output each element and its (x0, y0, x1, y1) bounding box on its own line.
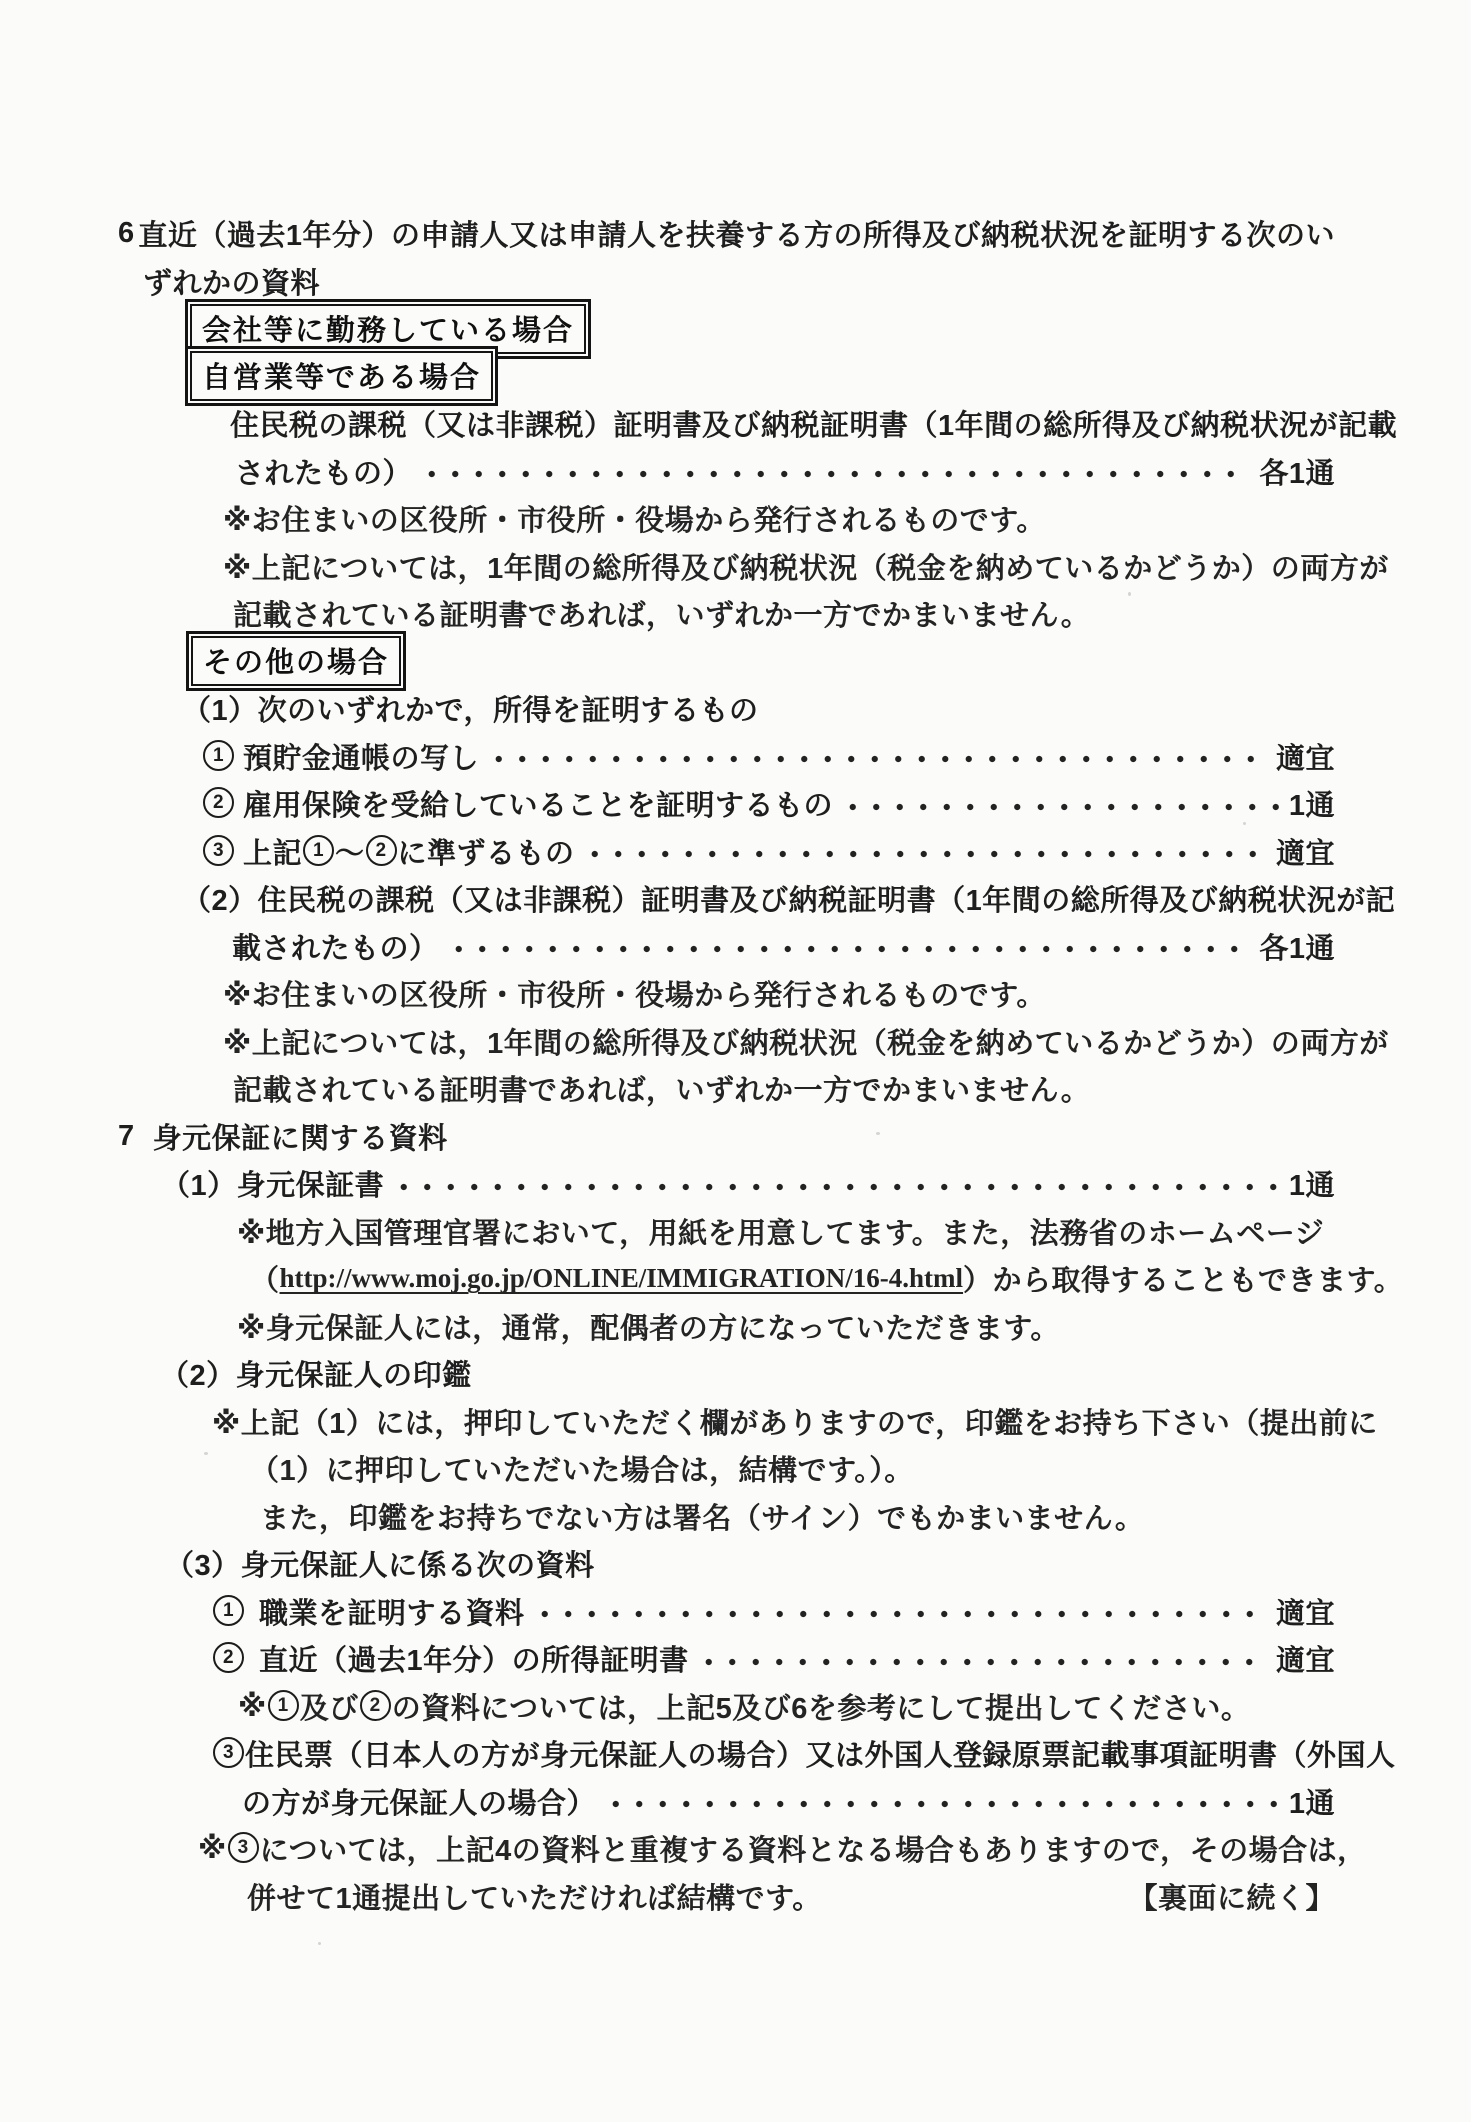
note-line: 記載されている証明書であれば，いずれか一方でかまいません。 (0, 1065, 1335, 1113)
case-box-other-frame: その他の場合 (186, 631, 406, 691)
text-run: 7 (118, 1120, 135, 1153)
circled-number: 2 (213, 1642, 244, 1673)
note-line-url: （http://www.moj.go.jp/ONLINE/IMMIGRATION… (0, 1255, 1335, 1303)
text-run: ～ (335, 831, 365, 872)
doc-line: （1）次のいずれかで，所得を証明するもの (0, 685, 1335, 733)
note-line: ※お住まいの区役所・市役所・役場から発行されるものです。 (0, 970, 1335, 1018)
copies-label: 1通 (1289, 783, 1335, 824)
text-run: 職業を証明する資料 (259, 1591, 525, 1632)
list-item: 2雇用保険を受給していることを証明するもの1通 (0, 780, 1335, 828)
list-item: 3上記1～2に準ずるもの適宜 (0, 828, 1335, 876)
list-item: 1職業を証明する資料適宜 (0, 1588, 1335, 1636)
continue-on-back-label: 【裏面に続く】 (1128, 1876, 1335, 1917)
case-box-self-employed-frame: 自営業等である場合 (185, 346, 498, 406)
dot-leader (533, 1608, 1268, 1620)
text-run: ※ (238, 1689, 267, 1724)
scan-speck (1243, 822, 1246, 825)
text-run: （2）住民税の課税（又は非課税）証明書及び納税証明書（1年間の総所得及び納税状況… (182, 878, 1395, 919)
section-6-heading: 6直近（過去1年分）の申請人又は申請人を扶養する方の所得及び納税状況を証明する次… (0, 210, 1335, 258)
text-run: の方が身元保証人の場合） (242, 1781, 596, 1822)
text-run: 載されたもの） (232, 926, 439, 967)
fixed-gap (235, 851, 243, 852)
dot-leader (841, 801, 1281, 813)
note-line: （1）に押印していただいた場合は，結構です。）。 (0, 1445, 1335, 1493)
text-run: 及び (300, 1686, 359, 1727)
text-run: の資料については，上記5及び6を参考にして提出してください。 (392, 1686, 1251, 1727)
doc-line: （2）身元保証人の印鑑 (0, 1350, 1335, 1398)
text-run: ※お住まいの区役所・市役所・役場から発行されるものです。 (223, 498, 1046, 539)
circled-number: 2 (360, 1690, 391, 1721)
copies-label: 1通 (1289, 1781, 1335, 1822)
text-run: 住民税の課税（又は非課税）証明書及び納税証明書（1年間の総所得及び納税状況が記載 (230, 403, 1397, 444)
text-run: ※お住まいの区役所・市役所・役場から発行されるものです。 (223, 973, 1046, 1014)
scan-speck (1128, 592, 1131, 596)
text-run: また，印鑑をお持ちでない方は署名（サイン）でもかまいません。 (260, 1496, 1144, 1537)
list-item: 3住民票（日本人の方が身元保証人の場合）又は外国人登録原票記載事項証明書（外国人 (0, 1730, 1335, 1778)
case-box-self-employed-label: 自営業等である場合 (190, 351, 493, 401)
text-run: に準ずるもの (398, 831, 575, 872)
doc-line: （2）住民税の課税（又は非課税）証明書及び納税証明書（1年間の総所得及び納税状況… (0, 875, 1335, 923)
document-page: 6直近（過去1年分）の申請人又は申請人を扶養する方の所得及び納税状況を証明する次… (0, 0, 1471, 2122)
circled-number: 1 (268, 1690, 299, 1721)
copies-label: 各1通 (1259, 451, 1335, 492)
scan-speck (318, 1942, 321, 1945)
dot-leader (420, 468, 1251, 480)
text-run: 預貯金通帳の写し (243, 736, 479, 777)
text-run: されたもの） (235, 451, 412, 492)
document-content: 6直近（過去1年分）の申請人又は申請人を扶養する方の所得及び納税状況を証明する次… (0, 210, 1335, 1920)
text-run: 上記 (243, 831, 302, 872)
circled-number: 2 (366, 835, 397, 866)
note-line: ※上記（1）には，押印していただく欄がありますので，印鑑をお持ち下さい（提出前に (0, 1398, 1335, 1446)
circled-number: 3 (228, 1832, 259, 1863)
text-run: ※地方入国管理官署において，用紙を用意してます。また，法務省のホームページ (237, 1211, 1324, 1252)
text-run: （2）身元保証人の印鑑 (160, 1353, 472, 1394)
list-item: 2直近（過去1年分）の所得証明書適宜 (0, 1635, 1335, 1683)
circled-number: 1 (303, 835, 334, 866)
circled-number: 1 (203, 740, 234, 771)
text-run: 記載されている証明書であれば，いずれか一方でかまいません。 (233, 1068, 1090, 1109)
text-run: については，上記4の資料と重複する資料となる場合もありますので，その場合は， (260, 1828, 1367, 1869)
text-run: ※上記については，1年間の総所得及び納税状況（税金を納めているかどうか）の両方が (223, 546, 1389, 587)
doc-line: （1）身元保証書1通 (0, 1160, 1335, 1208)
note-line: ※上記については，1年間の総所得及び納税状況（税金を納めているかどうか）の両方が (0, 543, 1335, 591)
note-line: ※1及び2の資料については，上記5及び6を参考にして提出してください。 (0, 1683, 1335, 1731)
scan-speck (628, 1034, 632, 1038)
note-line: ※地方入国管理官署において，用紙を用意してます。また，法務省のホームページ (0, 1208, 1335, 1256)
case-box-self-employed: 自営業等である場合 (0, 353, 1335, 401)
text-run: ※ (198, 1831, 227, 1866)
text-run: ※上記については，1年間の総所得及び納税状況（税金を納めているかどうか）の両方が (223, 1021, 1389, 1062)
dot-leader (447, 943, 1252, 955)
text-run: （ (250, 1258, 280, 1299)
note-line-last: 併せて1通提出していただければ結構です。【裏面に続く】 (0, 1873, 1335, 1921)
url-text: http://www.moj.go.jp/ONLINE/IMMIGRATION/… (280, 1263, 964, 1294)
text-run: 直近（過去1年分）の所得証明書 (259, 1638, 689, 1679)
doc-line: 載されたもの）各1通 (0, 923, 1335, 971)
text-run: 6 (118, 217, 135, 250)
fixed-gap (245, 1658, 259, 1659)
circled-number: 2 (203, 787, 234, 818)
text-run: 記載されている証明書であれば，いずれか一方でかまいません。 (233, 593, 1090, 634)
case-box-other-label: その他の場合 (191, 636, 401, 686)
doc-line: の方が身元保証人の場合）1通 (0, 1778, 1335, 1826)
text-run: 住民票（日本人の方が身元保証人の場合）又は外国人登録原票記載事項証明書（外国人 (245, 1733, 1396, 1774)
text-run: 併せて1通提出していただければ結構です。 (247, 1876, 822, 1917)
dot-leader (487, 753, 1268, 765)
dot-leader (697, 1656, 1268, 1668)
text-run: 身元保証に関する資料 (153, 1116, 448, 1157)
fixed-gap (135, 1136, 153, 1137)
text-run: （1）次のいずれかで，所得を証明するもの (182, 688, 759, 729)
circled-number: 3 (213, 1737, 244, 1768)
text-run: （1）身元保証書 (161, 1163, 384, 1204)
text-run: ※身元保証人には，通常，配偶者の方になっていただきます。 (237, 1306, 1060, 1347)
note-line: また，印鑑をお持ちでない方は署名（サイン）でもかまいません。 (0, 1493, 1335, 1541)
note-line: ※上記については，1年間の総所得及び納税状況（税金を納めているかどうか）の両方が (0, 1018, 1335, 1066)
scan-speck (204, 1452, 208, 1455)
dot-leader (604, 1798, 1281, 1810)
section-7-heading: 7身元保証に関する資料 (0, 1113, 1335, 1161)
text-run: （1）に押印していただいた場合は，結構です。）。 (250, 1448, 914, 1489)
doc-line: 住民税の課税（又は非課税）証明書及び納税証明書（1年間の総所得及び納税状況が記載 (0, 400, 1335, 448)
note-line: ※お住まいの区役所・市役所・役場から発行されるものです。 (0, 495, 1335, 543)
dot-leader (583, 848, 1268, 860)
dot-leader (392, 1181, 1281, 1193)
copies-label: 1通 (1289, 1163, 1335, 1204)
fixed-gap (235, 756, 243, 757)
copies-label: 適宜 (1276, 1638, 1335, 1679)
fixed-gap (235, 803, 243, 804)
copies-label: 適宜 (1276, 831, 1335, 872)
circled-number: 3 (203, 835, 234, 866)
doc-line: されたもの）各1通 (0, 448, 1335, 496)
copies-label: 適宜 (1276, 1591, 1335, 1632)
fixed-gap (245, 1611, 259, 1612)
text-run: ずれかの資料 (143, 261, 320, 302)
text-run: 直近（過去1年分）の申請人又は申請人を扶養する方の所得及び納税状況を証明する次の… (138, 213, 1335, 254)
text-run: 雇用保険を受給していることを証明するもの (243, 783, 833, 824)
circled-number: 1 (213, 1595, 244, 1626)
text-run: ※上記（1）には，押印していただく欄がありますので，印鑑をお持ち下さい（提出前に (212, 1401, 1378, 1442)
case-box-other: その他の場合 (0, 638, 1335, 686)
copies-label: 各1通 (1259, 926, 1335, 967)
copies-label: 適宜 (1276, 736, 1335, 777)
note-line: ※身元保証人には，通常，配偶者の方になっていただきます。 (0, 1303, 1335, 1351)
text-run: ）から取得することもできます。 (963, 1258, 1403, 1299)
note-line: ※3については，上記4の資料と重複する資料となる場合もありますので，その場合は， (0, 1825, 1335, 1873)
text-run: （3）身元保証人に係る次の資料 (165, 1543, 595, 1584)
scan-speck (876, 1132, 880, 1135)
doc-line: （3）身元保証人に係る次の資料 (0, 1540, 1335, 1588)
list-item: 1預貯金通帳の写し適宜 (0, 733, 1335, 781)
